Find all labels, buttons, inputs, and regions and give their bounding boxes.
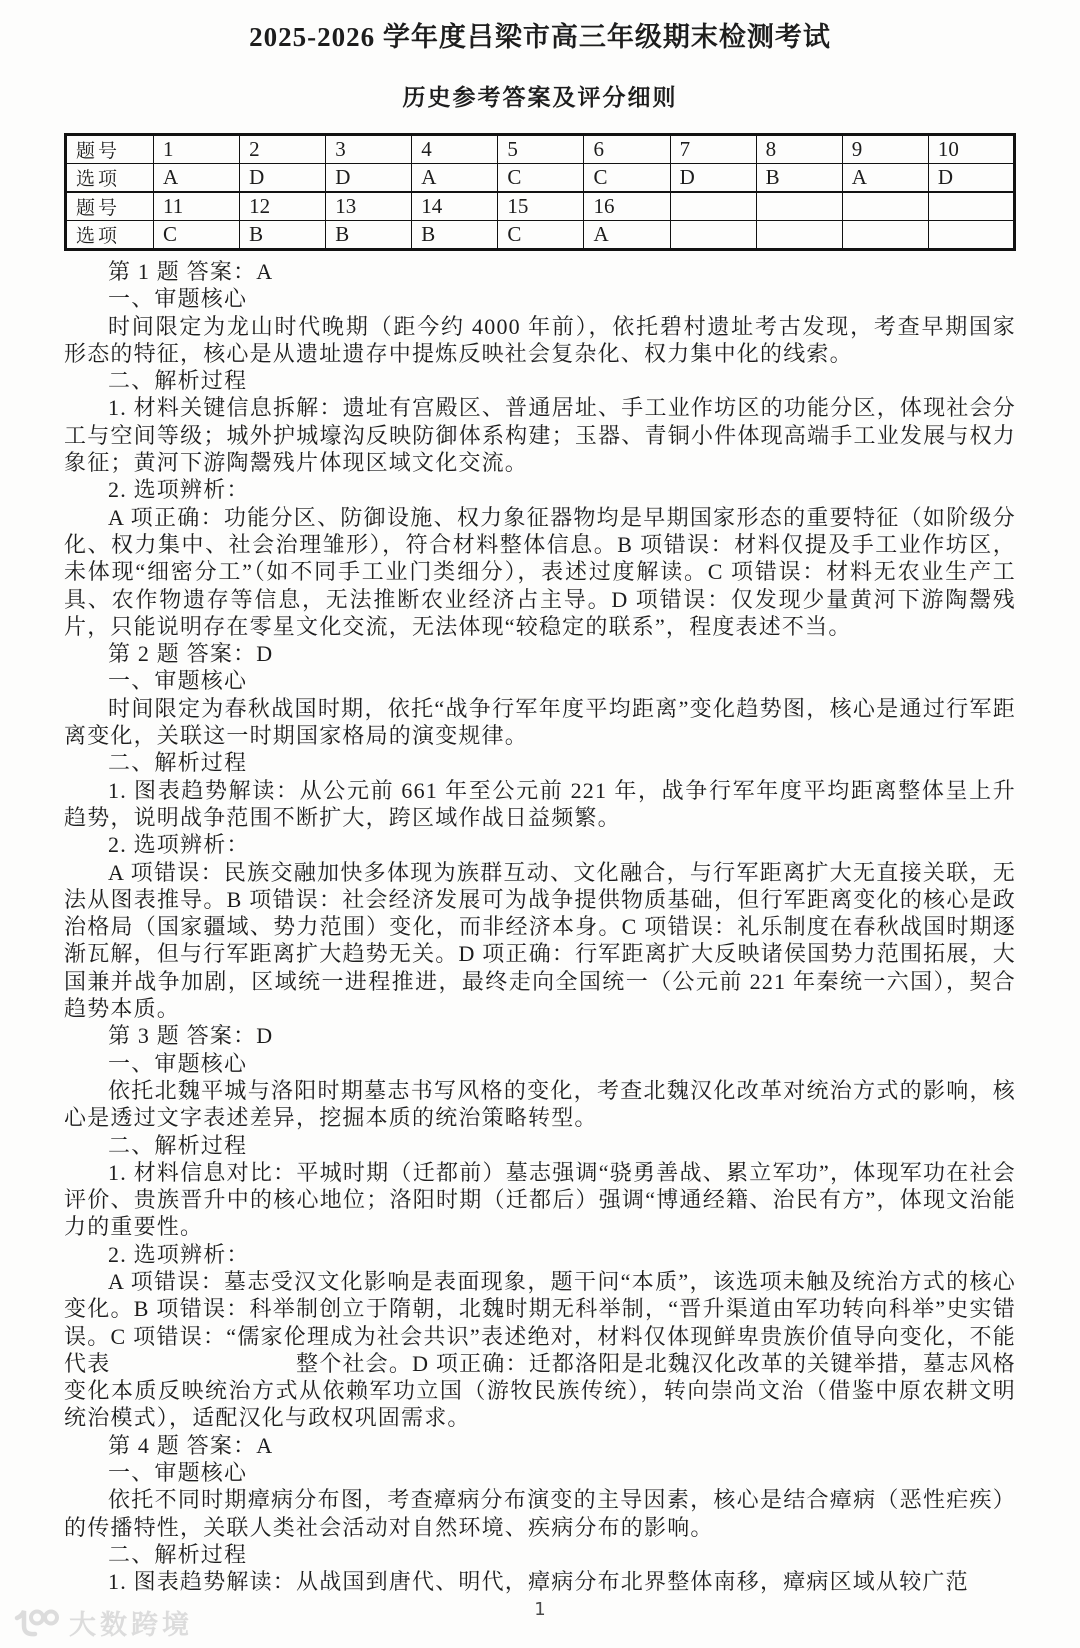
table-row: 选项ADDACCDBAD (66, 164, 1015, 193)
answer-cell: B (240, 221, 326, 250)
answer-cell: D (240, 164, 326, 193)
row-label-cell: 题号 (66, 135, 154, 164)
watermark-text: 大数跨境 (69, 1603, 193, 1642)
answer-cell: C (498, 221, 584, 250)
answer-cell (756, 192, 842, 221)
answer-cell: 11 (154, 192, 240, 221)
answer-cell: 10 (928, 135, 1014, 164)
answer-cell: B (412, 221, 498, 250)
answer-cell: 1 (154, 135, 240, 164)
paragraph: 1. 图表趋势解读：从公元前 661 年至公元前 221 年，战争行军年度平均距… (64, 777, 1016, 832)
answer-cell (756, 221, 842, 250)
answer-cell: C (584, 164, 670, 193)
answer-cell: 7 (670, 135, 756, 164)
answer-cell: D (326, 164, 412, 193)
paragraph: 依托不同时期瘴病分布图，考查瘴病分布演变的主导因素，核心是结合瘴病（恶性疟疾）的… (64, 1486, 1016, 1541)
paragraph: 1. 材料关键信息拆解：遗址有宫殿区、普通居址、手工业作坊区的功能分区，体现社会… (64, 394, 1016, 476)
row-label-cell: 选项 (66, 164, 154, 193)
paragraph: 1. 材料信息对比：平城时期（迁都前）墓志强调“骁勇善战、累立军功”，体现军功在… (64, 1159, 1016, 1241)
paragraph: 二、解析过程 (64, 367, 1016, 394)
paragraph: 依托北魏平城与洛阳时期墓志书写风格的变化，考查北魏汉化改革对统治方式的影响，核心… (64, 1077, 1016, 1132)
table-row: 选项CBBBCA (66, 221, 1015, 250)
paragraph: A 项正确：功能分区、防御设施、权力象征器物均是早期国家形态的重要特征（如阶级分… (64, 504, 1016, 640)
answer-table-body: 题号12345678910选项ADDACCDBAD题号111213141516选… (66, 135, 1015, 250)
answer-cell: C (498, 164, 584, 193)
paragraph: 第 1 题 答案：A (64, 258, 1016, 285)
answer-cell: D (928, 164, 1014, 193)
page-title: 2025-2026 学年度吕梁市高三年级期末检测考试 (0, 0, 1080, 54)
answer-cell: 5 (498, 135, 584, 164)
answer-cell: 4 (412, 135, 498, 164)
paragraph: 二、解析过程 (64, 749, 1016, 776)
answer-cell: 9 (842, 135, 928, 164)
paragraph: 一、审题核心 (64, 667, 1016, 694)
paragraph: 时间限定为春秋战国时期，依托“战争行军年度平均距离”变化趋势图，核心是通过行军距… (64, 695, 1016, 750)
answer-cell: B (326, 221, 412, 250)
answer-cell: A (154, 164, 240, 193)
watermark-100-logo-icon (10, 1605, 62, 1641)
paragraph: 一、审题核心 (64, 1050, 1016, 1077)
answer-cell: A (584, 221, 670, 250)
paragraph: 二、解析过程 (64, 1132, 1016, 1159)
paragraph: 第 2 题 答案：D (64, 640, 1016, 667)
answer-cell: C (154, 221, 240, 250)
answer-cell: 16 (584, 192, 670, 221)
answer-cell: A (412, 164, 498, 193)
answer-cell: B (756, 164, 842, 193)
row-label-cell: 题号 (66, 192, 154, 221)
row-label-cell: 选项 (66, 221, 154, 250)
answer-cell (928, 192, 1014, 221)
paragraph: 一、审题核心 (64, 1459, 1016, 1486)
answer-cell (670, 192, 756, 221)
answer-cell: 6 (584, 135, 670, 164)
answer-cell: 8 (756, 135, 842, 164)
answer-key-table: 题号12345678910选项ADDACCDBAD题号111213141516选… (64, 133, 1016, 251)
answer-cell: 13 (326, 192, 412, 221)
answer-cell: D (670, 164, 756, 193)
paragraph: 第 3 题 答案：D (64, 1022, 1016, 1049)
paragraph: 第 4 题 答案：A (64, 1432, 1016, 1459)
answer-cell: A (842, 164, 928, 193)
document-page: 2025-2026 学年度吕梁市高三年级期末检测考试 历史参考答案及评分细则 题… (0, 0, 1080, 1648)
watermark: 大数跨境 (10, 1603, 193, 1642)
answer-cell: 12 (240, 192, 326, 221)
paragraph: A 项错误：墓志受汉文化影响是表面现象，题干问“本质”，该选项未触及统治方式的核… (64, 1268, 1016, 1432)
answer-cell: 2 (240, 135, 326, 164)
document-body: 第 1 题 答案：A一、审题核心时间限定为龙山时代晚期（距今约 4000 年前）… (64, 258, 1016, 1596)
answer-cell (842, 221, 928, 250)
paragraph: 2. 选项辨析： (64, 476, 1016, 503)
paragraph: 一、审题核心 (64, 285, 1016, 312)
table-row: 题号111213141516 (66, 192, 1015, 221)
table-row: 题号12345678910 (66, 135, 1015, 164)
answer-cell (670, 221, 756, 250)
answer-cell (928, 221, 1014, 250)
paragraph: 二、解析过程 (64, 1541, 1016, 1568)
paragraph: 1. 图表趋势解读：从战国到唐代、明代，瘴病分布北界整体南移，瘴病区域从较广范 (64, 1568, 1016, 1595)
paragraph: A 项错误：民族交融加快多体现为族群互动、文化融合，与行军距离扩大无直接关联，无… (64, 859, 1016, 1023)
paragraph: 2. 选项辨析： (64, 831, 1016, 858)
answer-cell: 15 (498, 192, 584, 221)
answer-cell: 3 (326, 135, 412, 164)
answer-cell: 14 (412, 192, 498, 221)
paragraph: 时间限定为龙山时代晚期（距今约 4000 年前），依托碧村遗址考古发现，考查早期… (64, 313, 1016, 368)
page-subtitle: 历史参考答案及评分细则 (0, 79, 1080, 112)
answer-cell (842, 192, 928, 221)
paragraph: 2. 选项辨析： (64, 1241, 1016, 1268)
